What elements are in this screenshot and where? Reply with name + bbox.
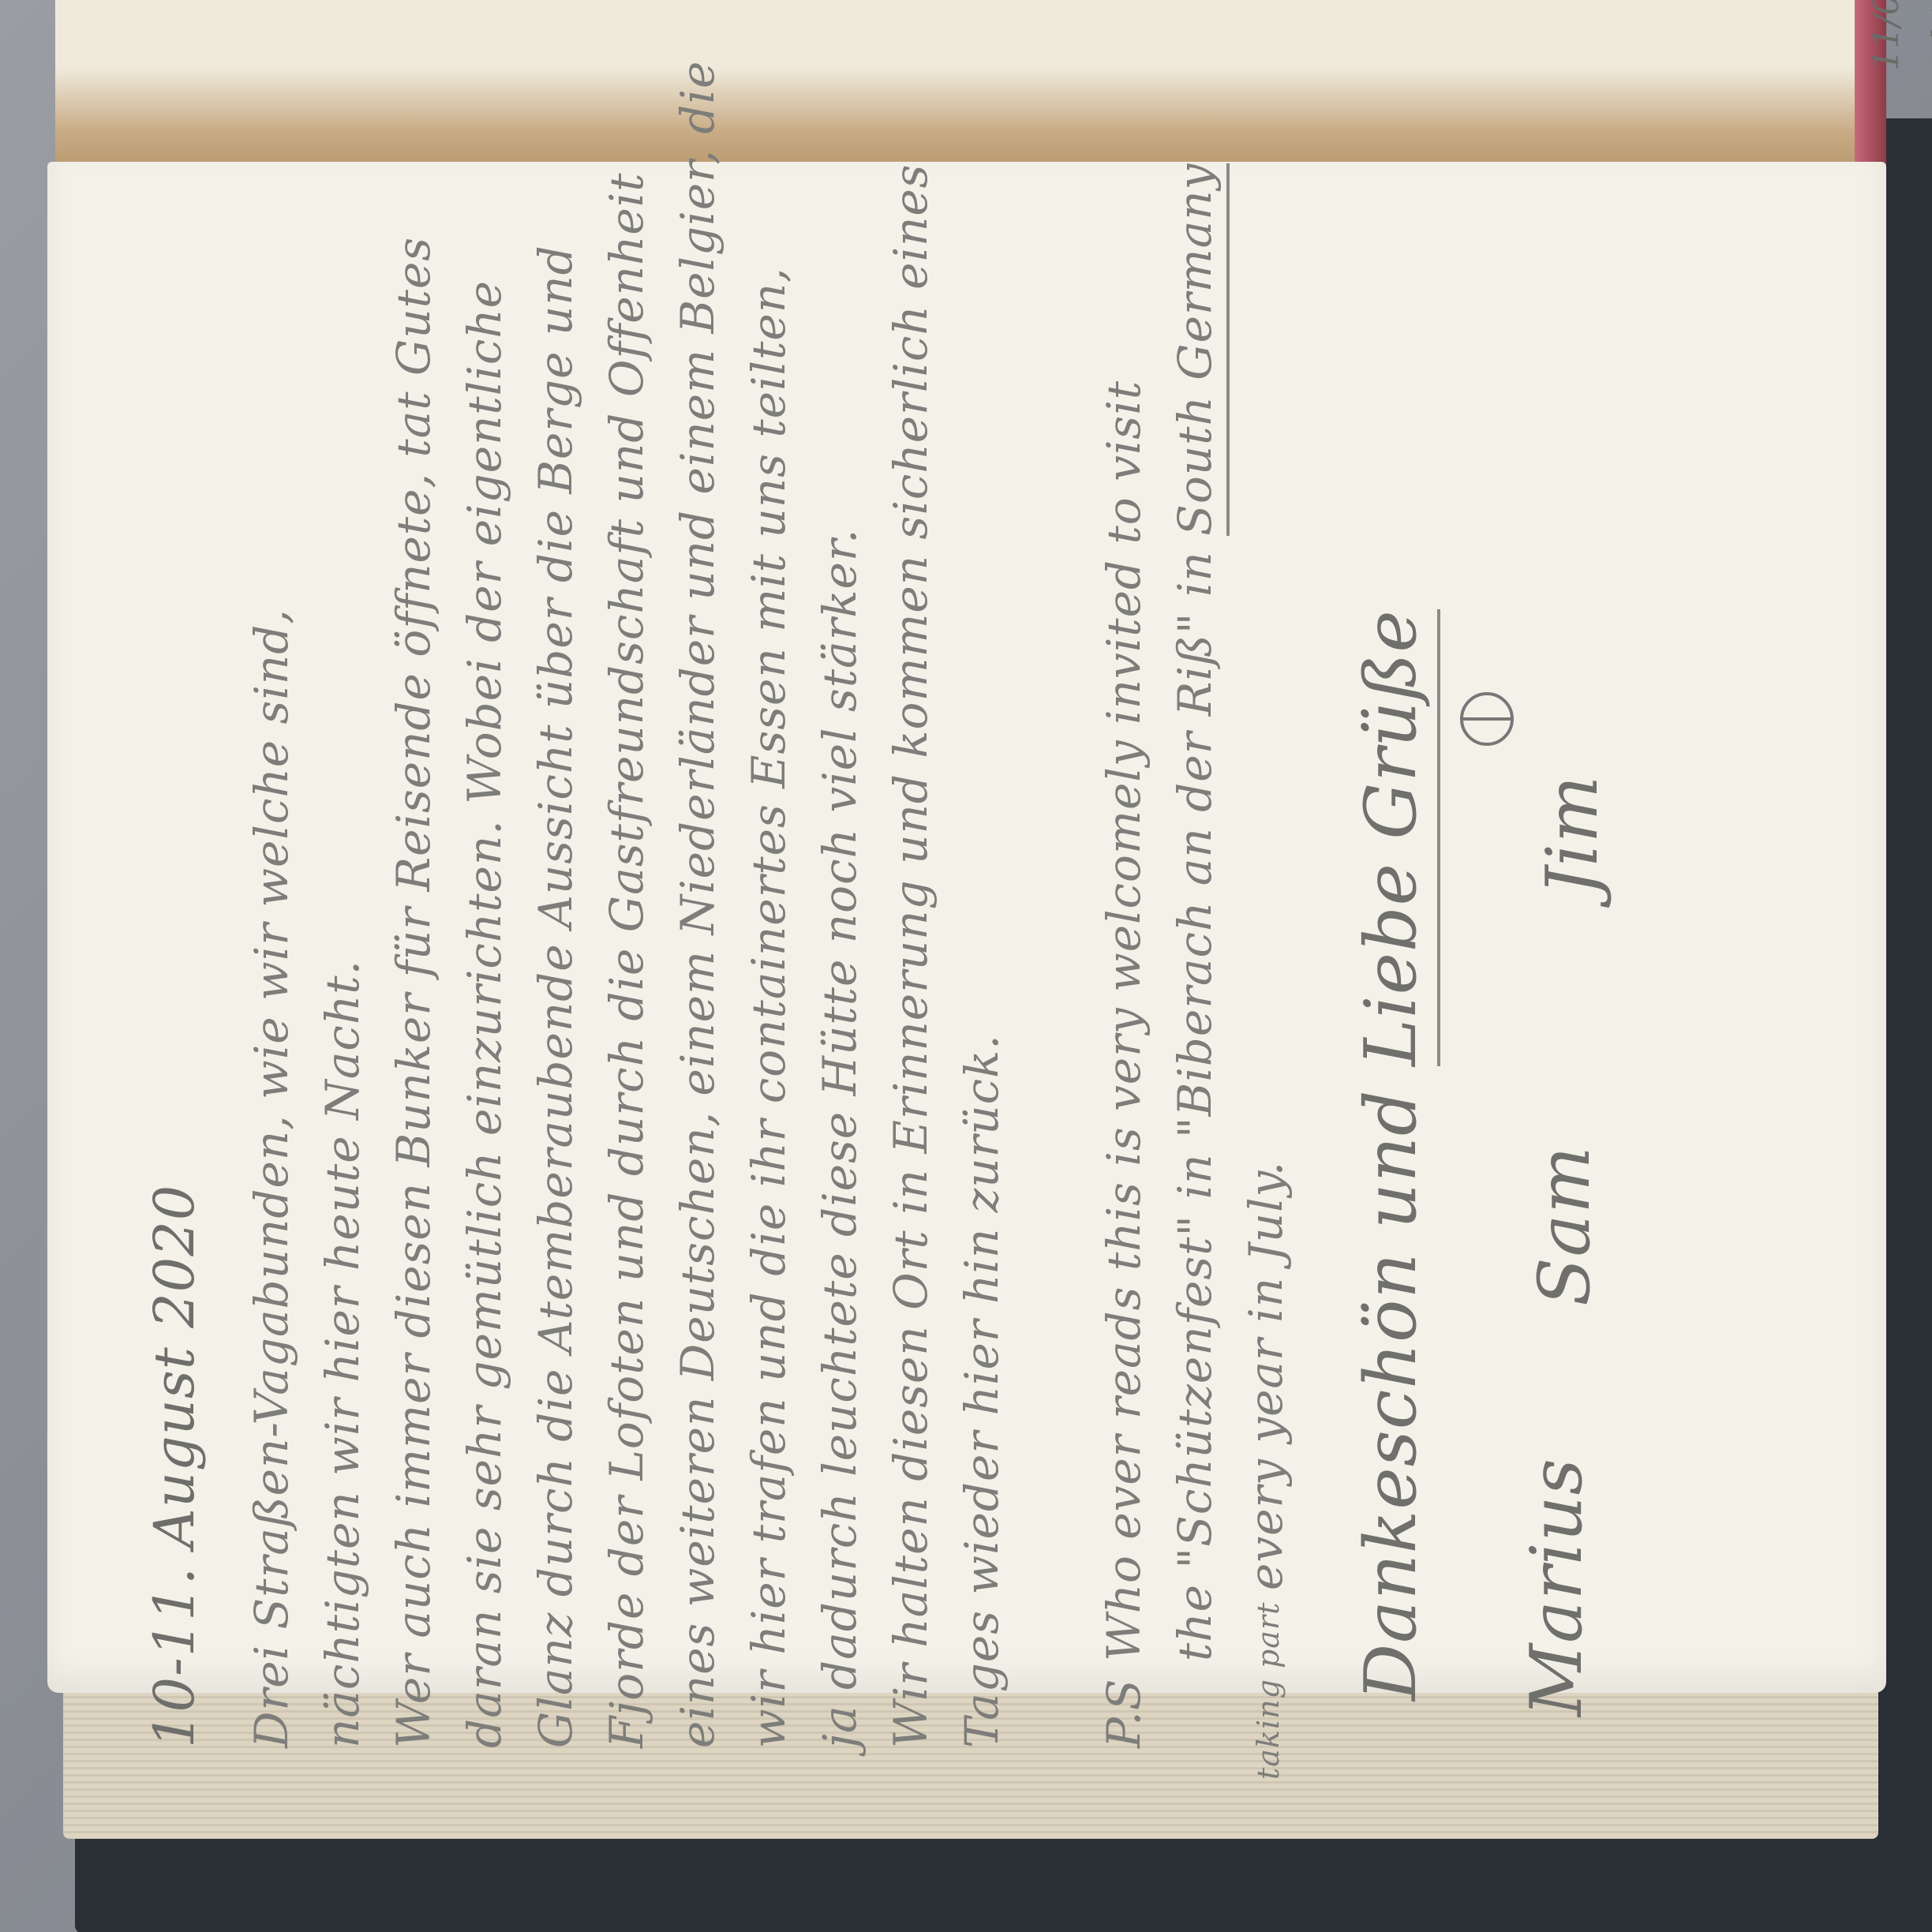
signature: Jim <box>1531 775 1614 896</box>
entry-line: Drei Straßen-Vagabunden, wie wir welche … <box>245 608 298 1748</box>
entry-line: Wir halten diesen Ort in Erinnerung und … <box>884 164 938 1748</box>
signature: Marius <box>1515 1458 1598 1717</box>
entry-line: nächtigten wir hier heute Nacht. <box>316 960 369 1748</box>
entry-line: Glanz durch die Atemberaubende Aussicht … <box>529 245 582 1748</box>
ps-underlined-text: South Germany <box>1168 163 1230 536</box>
closing-underlined: Liebe Grüße <box>1350 609 1440 1066</box>
guestbook-page: 10-11. August 2020 Drei Straßen-Vagabund… <box>47 162 1886 1693</box>
closing-text: Dankeschön und <box>1350 1090 1432 1701</box>
ps-line: every year in July. <box>1239 1161 1293 1590</box>
facing-page <box>55 0 1878 170</box>
entry-line: Fjorde der Lofoten und durch die Gastfre… <box>600 172 653 1748</box>
entry-line: ja dadurch leuchtete diese Hütte noch vi… <box>813 528 867 1748</box>
entry-date: 10-11. August 2020 <box>142 1185 207 1748</box>
entry-line: eines weiteren Deutschen, einem Niederlä… <box>671 61 724 1748</box>
ps-line: the "Schützenfest" in "Biberach an der R… <box>1168 163 1222 1661</box>
signature: Sam <box>1523 1145 1606 1306</box>
facing-page-date: 11/0 <box>1866 0 1907 71</box>
closing-greeting: Dankeschön und Liebe Grüße <box>1350 609 1432 1701</box>
ps-line-text: the "Schützenfest" in "Biberach an der R… <box>1168 551 1222 1661</box>
peace-sign-icon <box>1460 692 1514 746</box>
entry-line: wir hier trafen und die ihr containertes… <box>742 268 796 1749</box>
ps-line: Who ever reads this is very welcomely in… <box>1097 380 1151 1661</box>
entry-line: Tages wieder hier hin zurück. <box>955 1034 1009 1748</box>
facing-page-word: This <box>1926 0 1932 63</box>
entry-line: daran sie sehr gemütlich einzurichten. W… <box>458 280 511 1748</box>
entry-line: Wer auch immer diesen Bunker für Reisend… <box>387 237 440 1748</box>
ps-label: P.S <box>1097 1679 1151 1748</box>
ps-margin-note: taking part <box>1251 1602 1286 1780</box>
rotated-content: 10-11. August 2020 Drei Straßen-Vagabund… <box>158 264 1894 1748</box>
